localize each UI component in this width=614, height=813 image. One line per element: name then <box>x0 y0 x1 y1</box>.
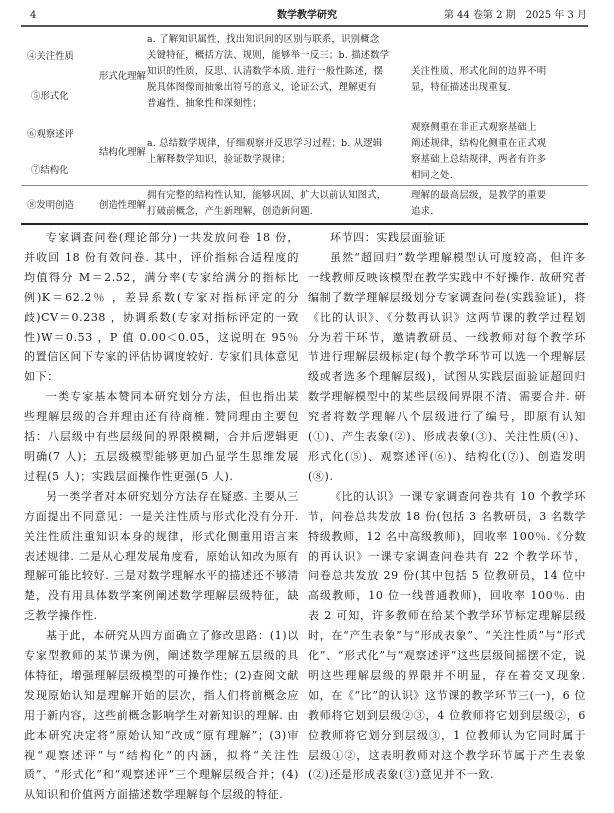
category-label: 形式化理解 <box>99 68 146 82</box>
body-paragraph: 一类专家基本赞同本研究划分方法，但也指出某些理解层级的合并理由还有待商榷. 赞同… <box>24 387 299 487</box>
understanding-levels-table: ④关注性质 ⑤形式化 形式化理解 a. 了解知识属性，找出知识间的区别与联系，识… <box>21 30 588 118</box>
right-column: 环节四：实践层面验证 虽然“超回归”数学理解模型认可度较高，但许多一线教师反映该… <box>308 228 586 785</box>
level-label: ④关注性质 <box>27 48 74 62</box>
level-label: ⑦结构化 <box>31 162 69 176</box>
table-bottom-rule <box>21 223 588 225</box>
body-paragraph: 《比的认识》一课专家调查问卷共有 10 个教学环节，问卷总共发放 18 份(包括… <box>308 487 586 786</box>
table-row: ⑧发明创造 创造性理解 拥有完整的结构性认知，能够巩固、扩大以前认知图式， 打破… <box>21 187 588 227</box>
category-label: 创造性理解 <box>99 197 146 211</box>
level-label: ⑥观察述评 <box>27 126 74 140</box>
body-paragraph: 基于此，本研究从四方面确立了修改思路：(1)以专家型教师的某节课为例，阐述数学理… <box>24 626 299 805</box>
running-header: 4 数学教学研究 第 44 卷第 2 期 2025 年 3 月 <box>22 6 587 26</box>
table-row: ⑥观察述评 ⑦结构化 结构化理解 a. 总结数学规律，仔细观察并反思学习过程；b… <box>21 122 588 192</box>
level-description: a. 了解知识属性，找出知识间的区别与联系，识别概念 关键特征，概括方法、规则，… <box>147 32 407 112</box>
section-heading: 环节四：实践层面验证 <box>308 228 586 248</box>
level-note: 理解的最高层级，是教学的重要 追求. <box>411 188 586 220</box>
issue-info: 第 44 卷第 2 期 2025 年 3 月 <box>444 6 587 26</box>
level-label: ⑤形式化 <box>31 88 69 102</box>
table-row: ④关注性质 ⑤形式化 形式化理解 a. 了解知识属性，找出知识间的区别与联系，识… <box>21 30 588 118</box>
header-rule <box>21 25 588 27</box>
body-paragraph: 专家调查问卷(理论部分)一共发放问卷 18 份，并收回 18 份有效问卷. 其中… <box>24 228 299 387</box>
level-description: 拥有完整的结构性认知，能够巩固、扩大以前认知图式， 打破前概念，产生新理解，创造… <box>147 188 417 220</box>
body-paragraph: 另一类学者对本研究划分方法存在疑惑. 主要从三方面提出不同意见：一是关注性质与形… <box>24 487 299 626</box>
page-number: 4 <box>30 6 36 26</box>
understanding-levels-table-last-row: ⑧发明创造 创造性理解 拥有完整的结构性认知，能够巩固、扩大以前认知图式， 打破… <box>21 187 588 227</box>
level-description: a. 总结数学规律，仔细观察并反思学习过程；b. 从逻辑 上解释数学知识，验证数… <box>147 136 407 168</box>
category-label: 结构化理解 <box>99 144 146 158</box>
level-note: 观察侧重在非正式观察基础上 阐述规律，结构化侧重在正式观 察基础上总结规律，两者… <box>411 120 586 184</box>
level-label: ⑧发明创造 <box>27 197 74 211</box>
table-row-divider <box>21 185 588 186</box>
left-column: 专家调查问卷(理论部分)一共发放问卷 18 份，并收回 18 份有效问卷. 其中… <box>24 228 299 805</box>
journal-title: 数学教学研究 <box>277 6 337 26</box>
level-note: 关注性质、形式化间的边界不明 显，特征描述出现重复. <box>411 64 586 96</box>
body-paragraph: 虽然“超回归”数学理解模型认可度较高，但许多一线教师反映该模型在教学实践中不好操… <box>308 248 586 487</box>
